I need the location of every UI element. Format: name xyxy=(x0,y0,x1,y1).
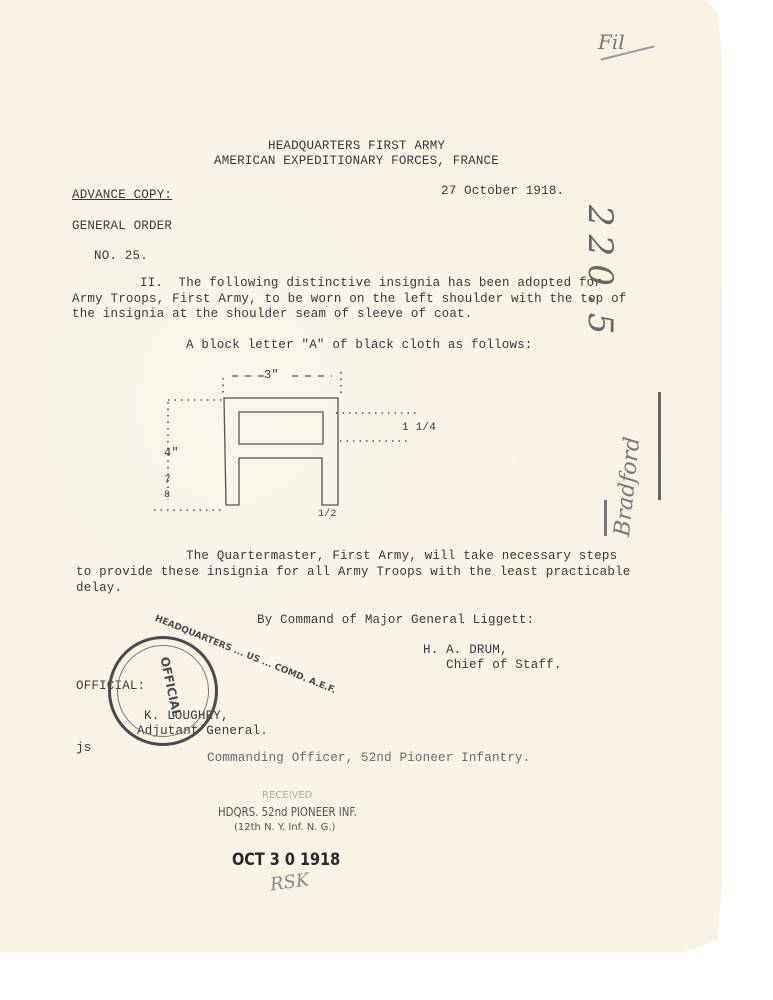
received-date: OCT 3 0 1918 xyxy=(232,850,340,870)
header-line-1: HEADQUARTERS FIRST ARMY xyxy=(268,139,445,154)
advance-copy-label: ADVANCE COPY: xyxy=(72,188,172,203)
paragraph-1-line-1: II. The following distinctive insignia h… xyxy=(140,276,602,291)
handwritten-file-number: 220.5 xyxy=(580,205,620,342)
official-stamp xyxy=(108,636,218,746)
paragraph-1-line-3: the insignia at the shoulder seam of sle… xyxy=(72,307,472,322)
paragraph-1-line-2: Army Troops, First Army, to be worn on t… xyxy=(72,292,627,307)
paragraph-2-line-1: The Quartermaster, First Army, will take… xyxy=(186,549,617,564)
left-mark-2: 8 xyxy=(164,488,170,503)
paragraph-2-line-2: to provide these insignia for all Army T… xyxy=(76,565,631,580)
block-letter-a-drawing xyxy=(140,360,440,530)
insignia-diagram: 3" 4" 7 8 1 1/4 1/2 xyxy=(140,360,440,530)
stroke-dimension-label: 1/2 xyxy=(318,507,337,522)
pencil-mark-vertical xyxy=(658,392,661,500)
pencil-mark-short xyxy=(604,500,607,536)
header-line-2: AMERICAN EXPEDITIONARY FORCES, FRANCE xyxy=(214,154,499,169)
handwritten-top-note: Fil xyxy=(598,30,625,54)
paragraph-2-line-3: delay. xyxy=(76,581,122,596)
signer-name: H. A. DRUM, xyxy=(423,643,508,658)
received-label: RECEIVED xyxy=(262,790,312,801)
by-command-line: By Command of Major General Liggett: xyxy=(257,613,534,628)
block-letter-line: A block letter "A" of black cloth as fol… xyxy=(186,338,533,353)
addressee-line: Commanding Officer, 52nd Pioneer Infantr… xyxy=(207,751,530,766)
general-order-label: GENERAL ORDER xyxy=(72,219,172,234)
height-dimension-label: 4" xyxy=(164,446,179,461)
crossbar-dimension-label: 1 1/4 xyxy=(402,421,436,436)
typist-initials: js xyxy=(76,741,91,756)
width-dimension-label: 3" xyxy=(264,368,279,383)
signer-title: Chief of Staff. xyxy=(446,658,562,673)
left-mark-1: 7 xyxy=(164,474,171,489)
order-date: 27 October 1918. xyxy=(441,184,564,199)
order-number: NO. 25. xyxy=(94,249,148,264)
received-subunit: (12th N. Y. Inf. N. G.) xyxy=(234,822,335,833)
received-unit: HDQRS. 52nd PIONEER INF. xyxy=(218,805,357,819)
